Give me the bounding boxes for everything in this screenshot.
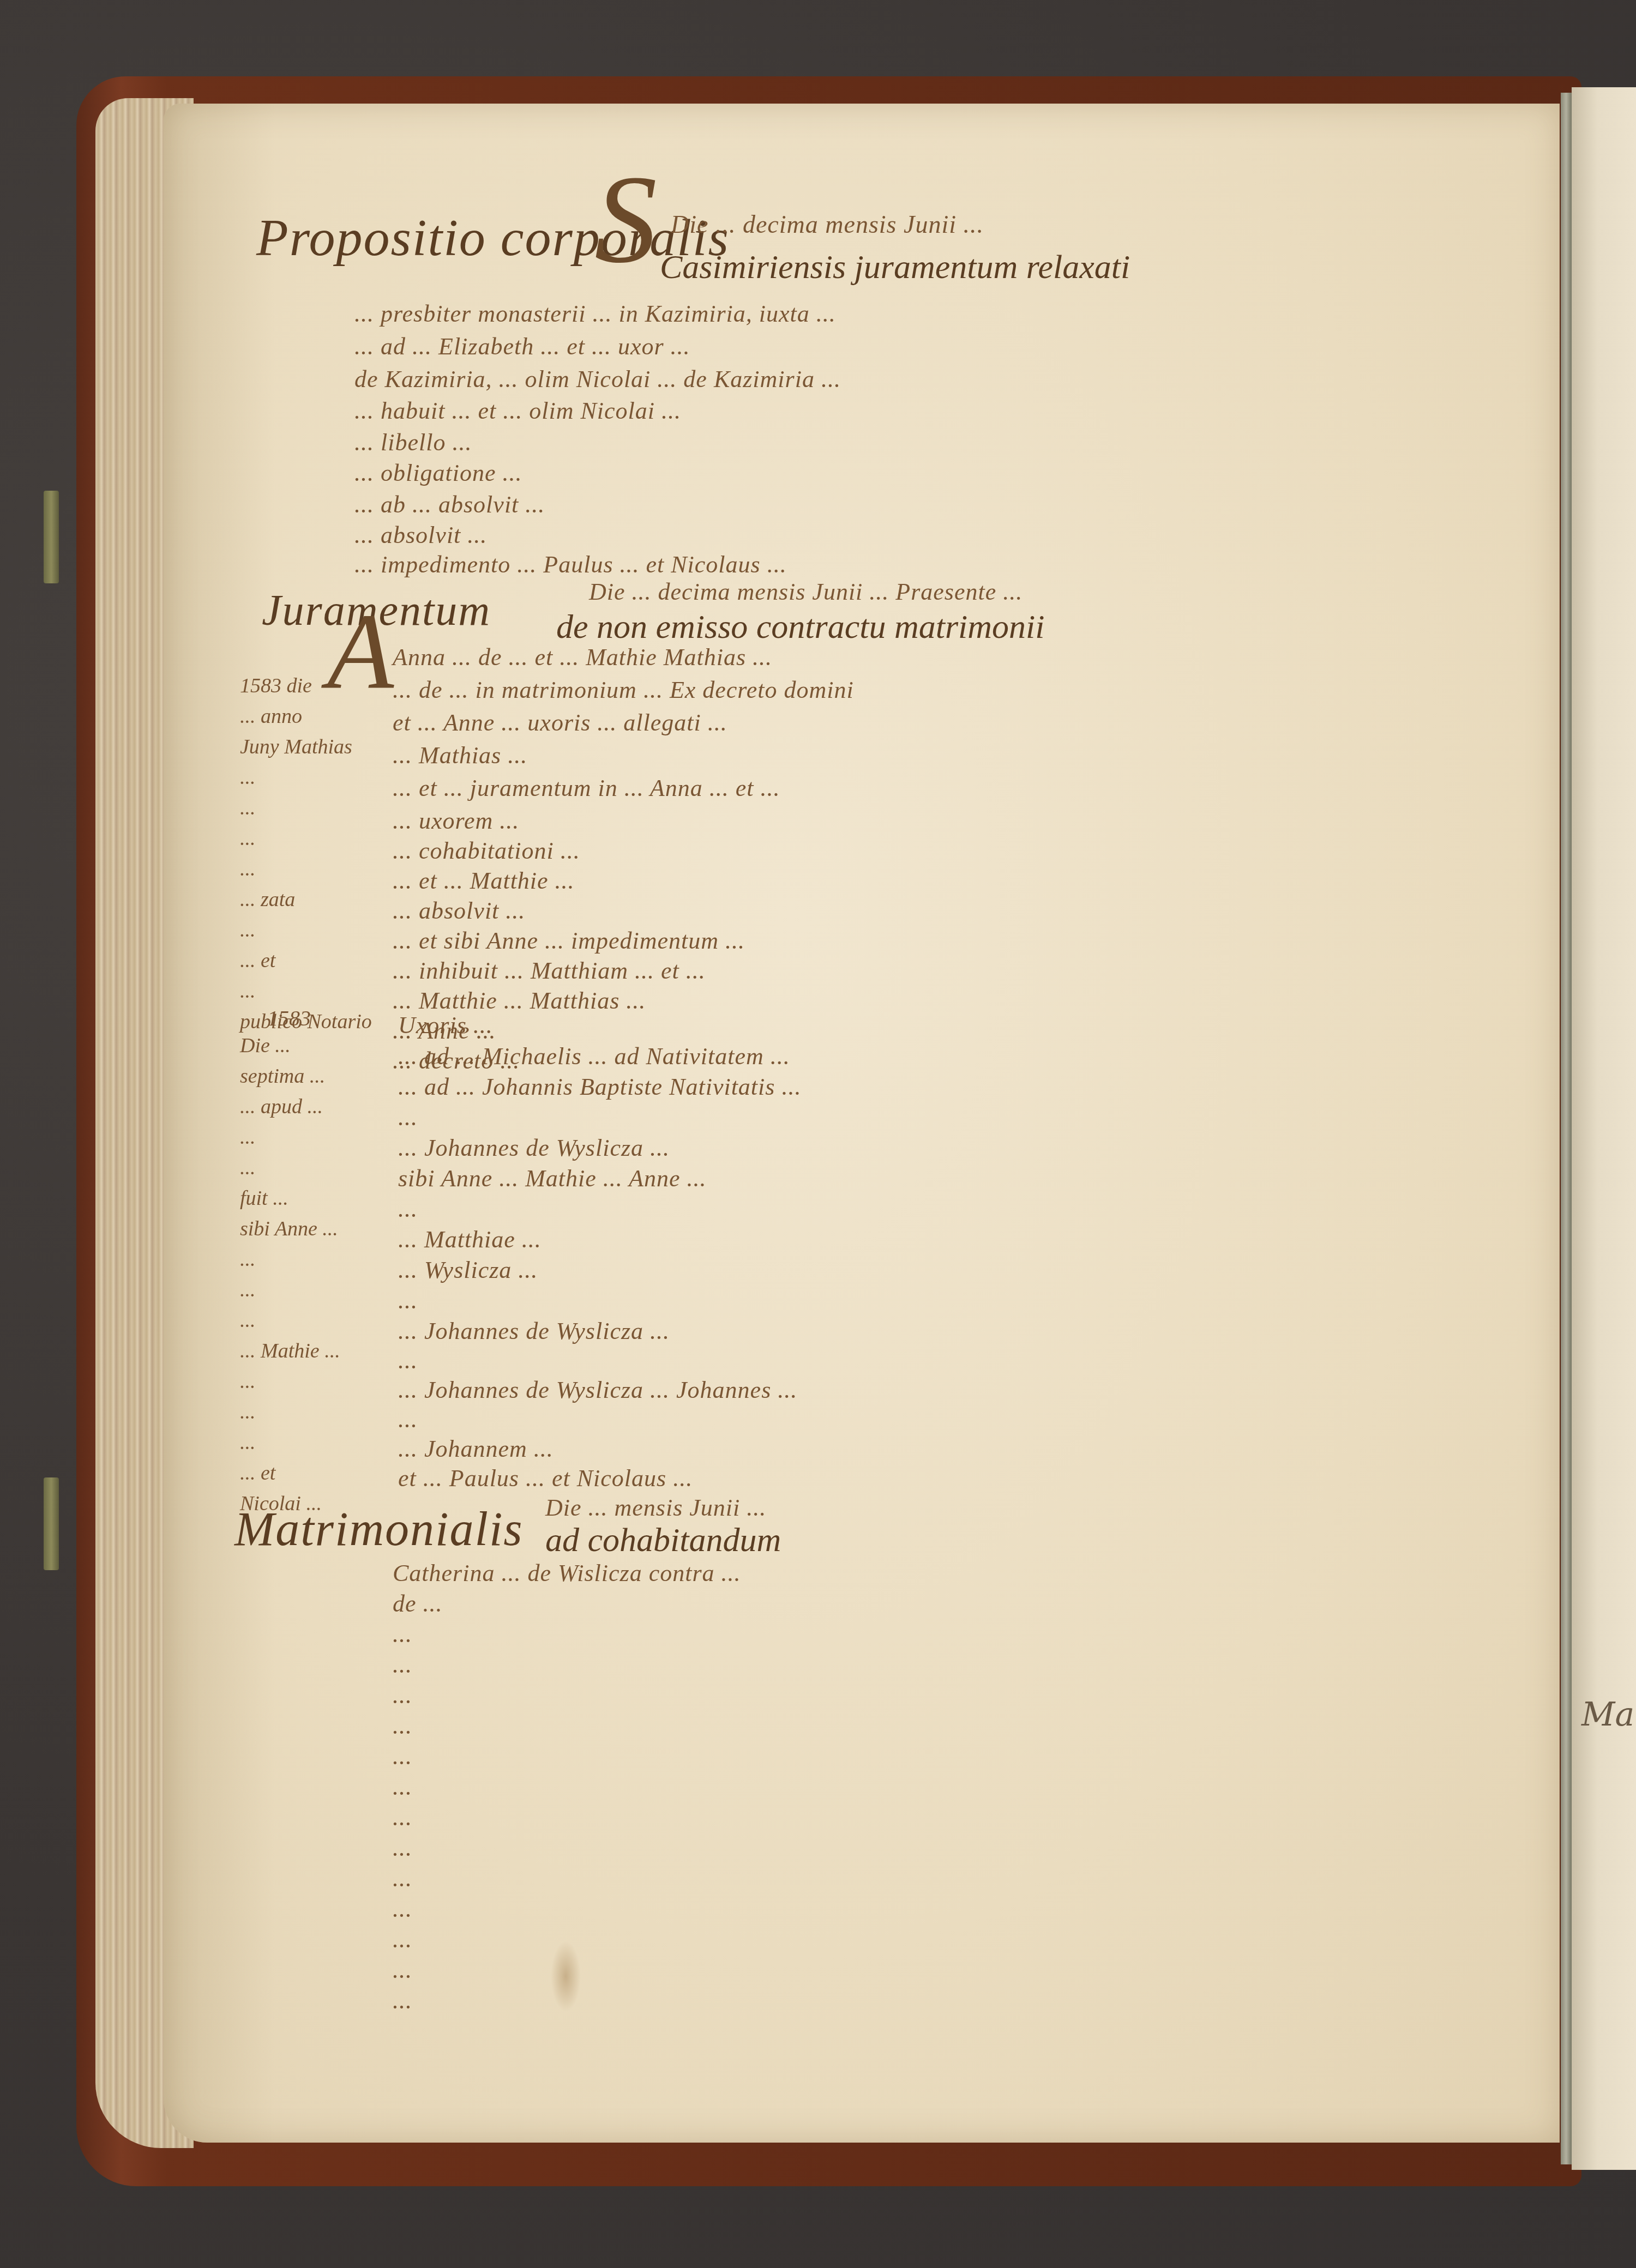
text-line: ... Johannes de Wyslicza ... bbox=[398, 1317, 670, 1345]
text-line: ... et ... juramentum in ... Anna ... et… bbox=[393, 774, 780, 802]
date-line: Die ... mensis Junii ... bbox=[545, 1494, 766, 1522]
metal-clasp-upper bbox=[44, 491, 59, 583]
text-line: ... Johannes de Wyslicza ... bbox=[398, 1134, 670, 1162]
margin-note: Die ... septima ... ... apud ... ... ...… bbox=[240, 1030, 340, 1519]
heading-continuation: de non emisso contractu matrimonii bbox=[556, 608, 1045, 647]
text-line: ... Johannem ... bbox=[398, 1435, 554, 1463]
text-line: ... bbox=[398, 1287, 418, 1314]
text-line: ... ad ... Johannis Baptiste Nativitatis… bbox=[398, 1073, 801, 1101]
year-note: 1583 bbox=[267, 1003, 311, 1034]
text-line: ... Mathias ... bbox=[393, 741, 527, 769]
text-line: ... bbox=[398, 1406, 418, 1433]
text-line: et ... Paulus ... et Nicolaus ... bbox=[398, 1464, 693, 1492]
text-line: ... bbox=[398, 1347, 418, 1374]
text-line: ... presbiter monasterii ... in Kazimiri… bbox=[354, 300, 836, 328]
text-line: ... ad ... Elizabeth ... et ... uxor ... bbox=[354, 333, 690, 360]
text-line: ... obligatione ... bbox=[354, 459, 522, 487]
facing-page-edge bbox=[1572, 87, 1636, 2170]
text-line: Catherina ... de Wislicza contra ... bbox=[393, 1559, 741, 1587]
text-line: ... et sibi Anne ... impedimentum ... bbox=[393, 927, 745, 955]
text-line: ... ab ... absolvit ... bbox=[354, 491, 545, 518]
text-line: ... Wyslicza ... bbox=[398, 1256, 538, 1284]
facing-page-heading-fragment: Matr bbox=[1581, 1696, 1636, 1734]
book-gutter bbox=[1561, 93, 1572, 2164]
text-line: ... habuit ... et ... olim Nicolai ... bbox=[354, 397, 681, 425]
metal-clasp-lower bbox=[44, 1477, 59, 1570]
text-line: ... bbox=[393, 1865, 412, 1892]
text-line: ... cohabitationi ... bbox=[393, 837, 580, 865]
text-line: ... et ... Matthie ... bbox=[393, 867, 575, 895]
entry-heading: Matrimonialis bbox=[234, 1502, 524, 1557]
text-line: de ... bbox=[393, 1590, 443, 1618]
date-line: Die ... decima mensis Junii ... Praesent… bbox=[589, 578, 1022, 606]
text-line: ... Johannes de Wyslicza ... Johannes ..… bbox=[398, 1376, 797, 1404]
text-line: ... inhibuit ... Matthiam ... et ... bbox=[393, 957, 706, 985]
text-line: ... bbox=[398, 1195, 418, 1223]
text-line: ... libello ... bbox=[354, 429, 472, 456]
text-line: ... bbox=[393, 1956, 412, 1984]
text-line: de Kazimiria, ... olim Nicolai ... de Ka… bbox=[354, 365, 841, 393]
text-line: ... absolvit ... bbox=[354, 521, 487, 549]
text-line: ... bbox=[393, 1803, 412, 1831]
text-line: Anna ... de ... et ... Mathie Mathias ..… bbox=[393, 643, 772, 671]
text-line: ... bbox=[393, 1712, 412, 1740]
date-line: Die ... decima mensis Junii ... bbox=[671, 210, 984, 239]
text-line: ... impedimento ... Paulus ... et Nicola… bbox=[354, 551, 787, 578]
text-line: ... Matthie ... Matthias ... bbox=[393, 987, 646, 1015]
text-line: ... bbox=[393, 1651, 412, 1679]
text-line: ... bbox=[393, 1834, 412, 1862]
text-line: ... de ... in matrimonium ... Ex decreto… bbox=[393, 676, 854, 704]
text-line: et ... Anne ... uxoris ... allegati ... bbox=[393, 709, 727, 737]
paper-stain bbox=[551, 1941, 581, 2012]
text-line: ... bbox=[398, 1103, 418, 1131]
entry-heading: Propositio corporalis bbox=[256, 207, 730, 268]
text-line: ... bbox=[393, 1742, 412, 1770]
text-line: ... bbox=[393, 1773, 412, 1801]
text-line: ... bbox=[393, 1895, 412, 1923]
text-line: ... bbox=[393, 1620, 412, 1648]
text-line: ... ad ... Michaelis ... ad Nativitatem … bbox=[398, 1042, 790, 1070]
text-line: Uxoris ... bbox=[398, 1011, 493, 1039]
decorated-initial: S bbox=[594, 147, 657, 292]
text-line: ... absolvit ... bbox=[393, 897, 525, 925]
text-line: ... bbox=[393, 1926, 412, 1953]
text-line: ... Matthiae ... bbox=[398, 1226, 542, 1253]
text-line: sibi Anne ... Mathie ... Anne ... bbox=[398, 1165, 706, 1192]
text-line: ... bbox=[393, 1681, 412, 1709]
heading-continuation: Casimiriensis juramentum relaxati bbox=[660, 248, 1130, 287]
text-line: ... bbox=[393, 1987, 412, 2014]
margin-note: 1583 die ... anno Juny Mathias ... ... .… bbox=[240, 671, 372, 1037]
text-line: ... uxorem ... bbox=[393, 807, 519, 835]
heading-continuation: ad cohabitandum bbox=[545, 1521, 781, 1560]
